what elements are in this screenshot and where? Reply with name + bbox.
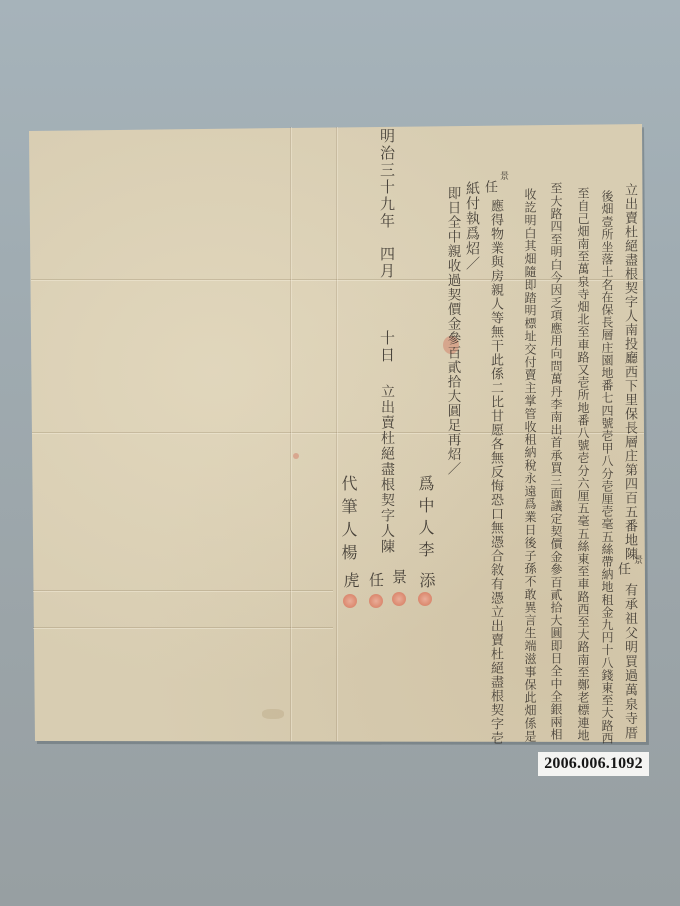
fold-crease: [290, 127, 291, 741]
catalog-number-label: 2006.006.1092: [538, 752, 649, 776]
end-mark: ／: [464, 256, 480, 271]
fold-crease: [336, 127, 337, 741]
middleman-signature-line: 爲中人李: [417, 475, 433, 563]
scribe-seal-stamp: [343, 594, 357, 608]
catalog-number: 2006.006.1092: [544, 755, 643, 773]
fold-crease: [33, 627, 333, 628]
closing-text: 紙付執爲炤: [464, 181, 480, 256]
seller-seal-stamp: [392, 592, 406, 606]
paper-stain: [262, 709, 284, 719]
seller-name-jing-small: 景: [632, 555, 641, 564]
middleman-surname: 李: [416, 541, 435, 563]
receipt-text: 即日全中親收過契價金參百貳拾大圓足再炤: [445, 186, 461, 462]
deed-text-column-6: 應得物業與房親人等無干此係二比甘愿各無反悔恐口無憑合敘有憑立出賣杜絕盡根契字壱: [489, 199, 502, 745]
middleman-seal-stamp: [418, 592, 432, 606]
scribe-signature-line: 代筆人楊: [340, 475, 356, 567]
receipt-column: 即日全中親收過契價金參百貳拾大圓足再炤／: [445, 186, 459, 476]
seller-given-name-1: 任: [368, 572, 383, 587]
seller-role: 立出賣杜絕盡根契字人: [379, 384, 395, 539]
deed-text-column-2: 後畑壹所坐落土名在保長層庄園地番七四號壱甲八分壱厘壱毫五絲帶納地租金九円十八錢東…: [601, 190, 613, 744]
date-day: 十日: [379, 330, 394, 364]
seller-name-jing-small: 景: [498, 171, 507, 180]
middleman-role: 爲中人: [416, 475, 435, 541]
scribe-role: 代筆人: [339, 475, 358, 544]
seller-seal-stamp: [369, 594, 383, 608]
deed-text-column-3: 至自己畑南至萬泉寺畑北至車路又壱所地番八號壱分六厘五毫五絲東至車路西至大路南至鄭…: [577, 187, 589, 741]
scribe-surname: 楊: [339, 544, 358, 567]
deed-text-column-1: 立出賣杜絕盡根契字人南投廳西下里保長層庄第四百五番地陳: [623, 183, 636, 561]
seller-name-ren: 任: [616, 562, 629, 575]
date-era-year: 明治三十九年: [379, 128, 394, 230]
seller-signature-line: 立出賣杜絕盡根契字人陳: [380, 384, 394, 555]
seller-name-ren: 任: [483, 180, 496, 193]
red-ink-mark: [293, 453, 299, 459]
deed-text-column-4: 至大路四至明白今因乏項應用向問萬丹李南出首承買三面議定契價金參百貳拾大圓即日全中…: [550, 182, 562, 741]
deed-text-column-1-cont: 有承祖父明買過萬泉寺厝: [623, 583, 636, 740]
middleman-given-name: 添: [418, 572, 434, 588]
deed-text-column-7: 紙付執爲炤／: [465, 181, 479, 271]
date-month: 四月: [379, 246, 394, 280]
deed-text-column-5: 收訖明白其畑隨即踏明標址交付賣主掌管收租納稅永遠爲業日後子孫不敢異言生端滋事保此…: [524, 188, 536, 743]
scribe-given-name: 虎: [342, 572, 358, 588]
seller-surname: 陳: [379, 539, 395, 555]
fold-crease: [33, 590, 333, 591]
end-mark: ／: [445, 462, 461, 477]
seller-given-name-2: 景: [391, 569, 406, 584]
